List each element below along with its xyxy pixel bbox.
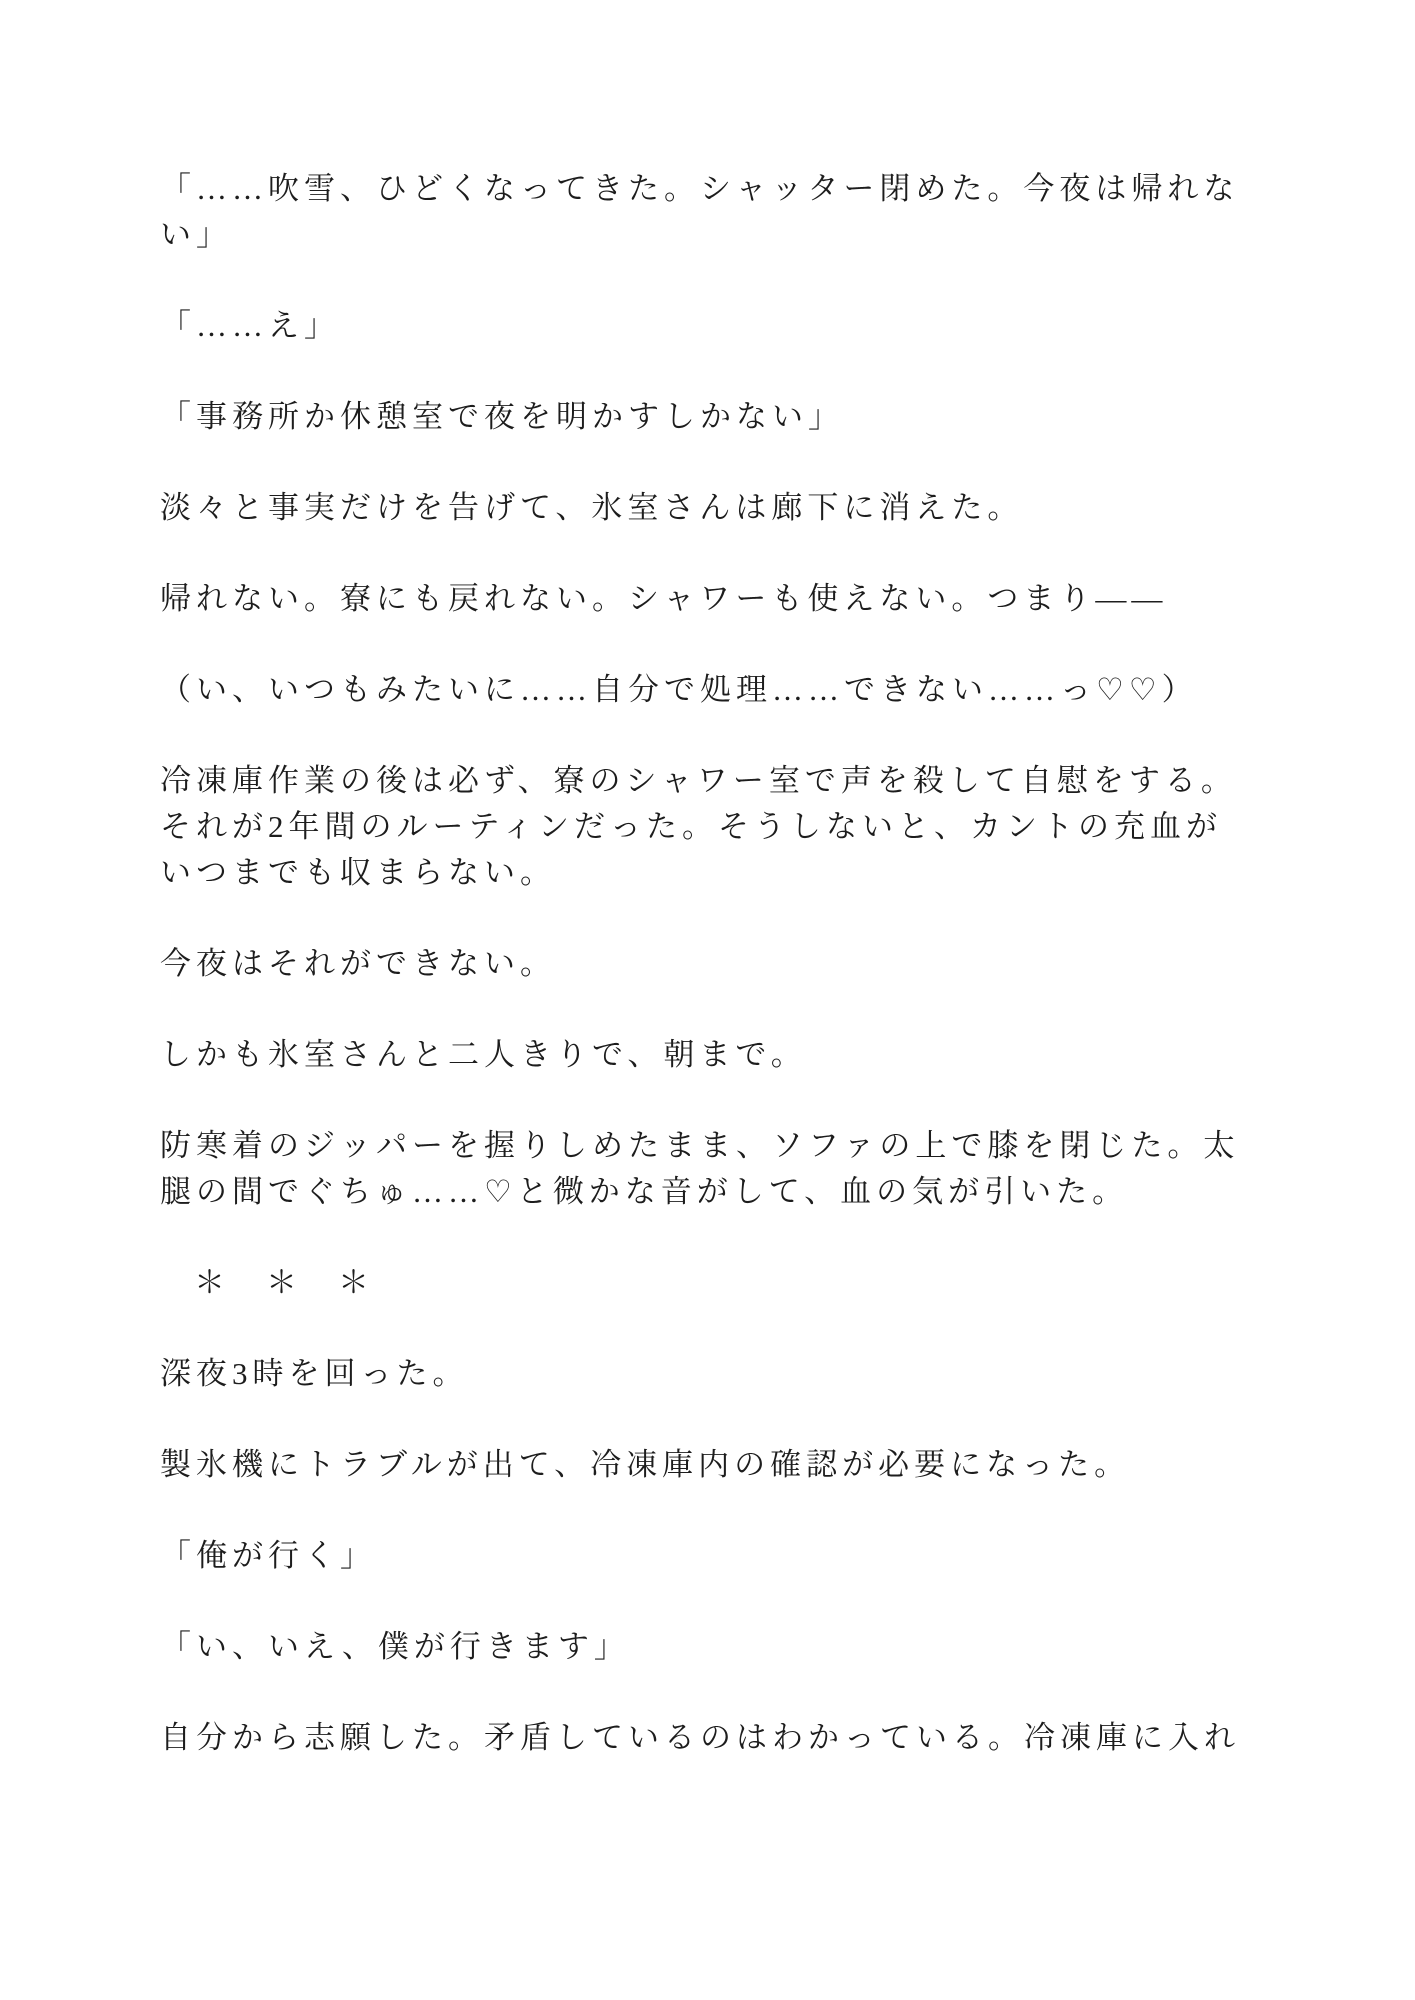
story-text-body: 「……吹雪、ひどくなってきた。シャッター閉めた。今夜は帰れない」 「……え」 「… bbox=[160, 166, 1275, 1761]
text-paragraph: 淡々と事実だけを告げて、氷室さんは廊下に消えた。 bbox=[160, 485, 1275, 531]
text-paragraph: 深夜3時を回った。 bbox=[160, 1351, 1275, 1397]
text-paragraph: 「事務所か休憩室で夜を明かすしかない」 bbox=[160, 394, 1275, 440]
text-paragraph: （い、いつもみたいに……自分で処理……できない……っ♡♡） bbox=[160, 667, 1275, 713]
text-paragraph: 自分から志願した。矛盾しているのはわかっている。冷凍庫に入れ bbox=[160, 1715, 1275, 1761]
text-paragraph: 帰れない。寮にも戻れない。シャワーも使えない。つまり―― bbox=[160, 576, 1275, 622]
document-page: { "page": { "background_color": "#ffffff… bbox=[0, 0, 1415, 2000]
text-paragraph: 「……え」 bbox=[160, 303, 1275, 349]
text-paragraph: 「……吹雪、ひどくなってきた。シャッター閉めた。今夜は帰れない」 bbox=[160, 166, 1275, 258]
text-paragraph: 製氷機にトラブルが出て、冷凍庫内の確認が必要になった。 bbox=[160, 1442, 1275, 1488]
text-paragraph: 「俺が行く」 bbox=[160, 1533, 1275, 1579]
text-paragraph: しかも氷室さんと二人きりで、朝まで。 bbox=[160, 1032, 1275, 1078]
text-paragraph: 「い、いえ、僕が行きます」 bbox=[160, 1624, 1275, 1670]
section-separator: ＊ ＊ ＊ bbox=[160, 1260, 1275, 1306]
text-paragraph: 防寒着のジッパーを握りしめたまま、ソファの上で膝を閉じた。太腿の間でぐちゅ……♡… bbox=[160, 1123, 1275, 1215]
text-paragraph: 今夜はそれができない。 bbox=[160, 941, 1275, 987]
text-paragraph: 冷凍庫作業の後は必ず、寮のシャワー室で声を殺して自慰をする。それが2年間のルーテ… bbox=[160, 758, 1275, 896]
